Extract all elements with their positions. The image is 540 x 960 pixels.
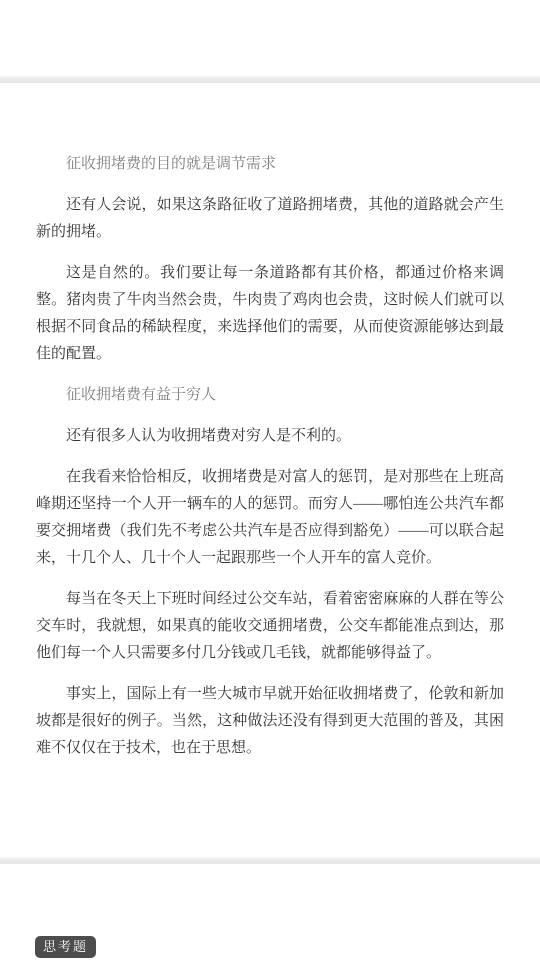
body-paragraph: 每当在冬天上下班时间经过公交车站，看着密密麻麻的人群在等公交车时，我就想，如果真…	[36, 586, 504, 667]
body-paragraph: 事实上，国际上有一些大城市早就开始征收拥堵费了，伦敦和新加坡都是很好的例子。当然…	[36, 681, 504, 762]
page-separator-top	[0, 76, 540, 83]
section-heading-benefit-poor: 征收拥堵费有益于穷人	[36, 382, 504, 409]
section-heading-purpose: 征收拥堵费的目的就是调节需求	[36, 151, 504, 178]
body-paragraph: 还有很多人认为收拥堵费对穷人是不利的。	[36, 423, 504, 450]
reading-page-content[interactable]: 征收拥堵费的目的就是调节需求 还有人会说，如果这条路征收了道路拥堵费，其他的道路…	[36, 83, 504, 776]
body-paragraph: 这是自然的。我们要让每一条道路都有其价格，都通过价格来调整。猪肉贵了牛肉当然会贵…	[36, 260, 504, 368]
ebook-reader-screen: { "reader": { "colors": { "page_backgrou…	[0, 0, 540, 960]
body-paragraph: 在我看来恰恰相反，收拥堵费是对富人的惩罚，是对那些在上班高峰期还坚持一个人开一辆…	[36, 464, 504, 572]
section-badge-thinking-questions: 思考题	[35, 936, 96, 958]
body-paragraph: 还有人会说，如果这条路征收了道路拥堵费，其他的道路就会产生新的拥堵。	[36, 192, 504, 246]
page-separator-bottom	[0, 857, 540, 864]
